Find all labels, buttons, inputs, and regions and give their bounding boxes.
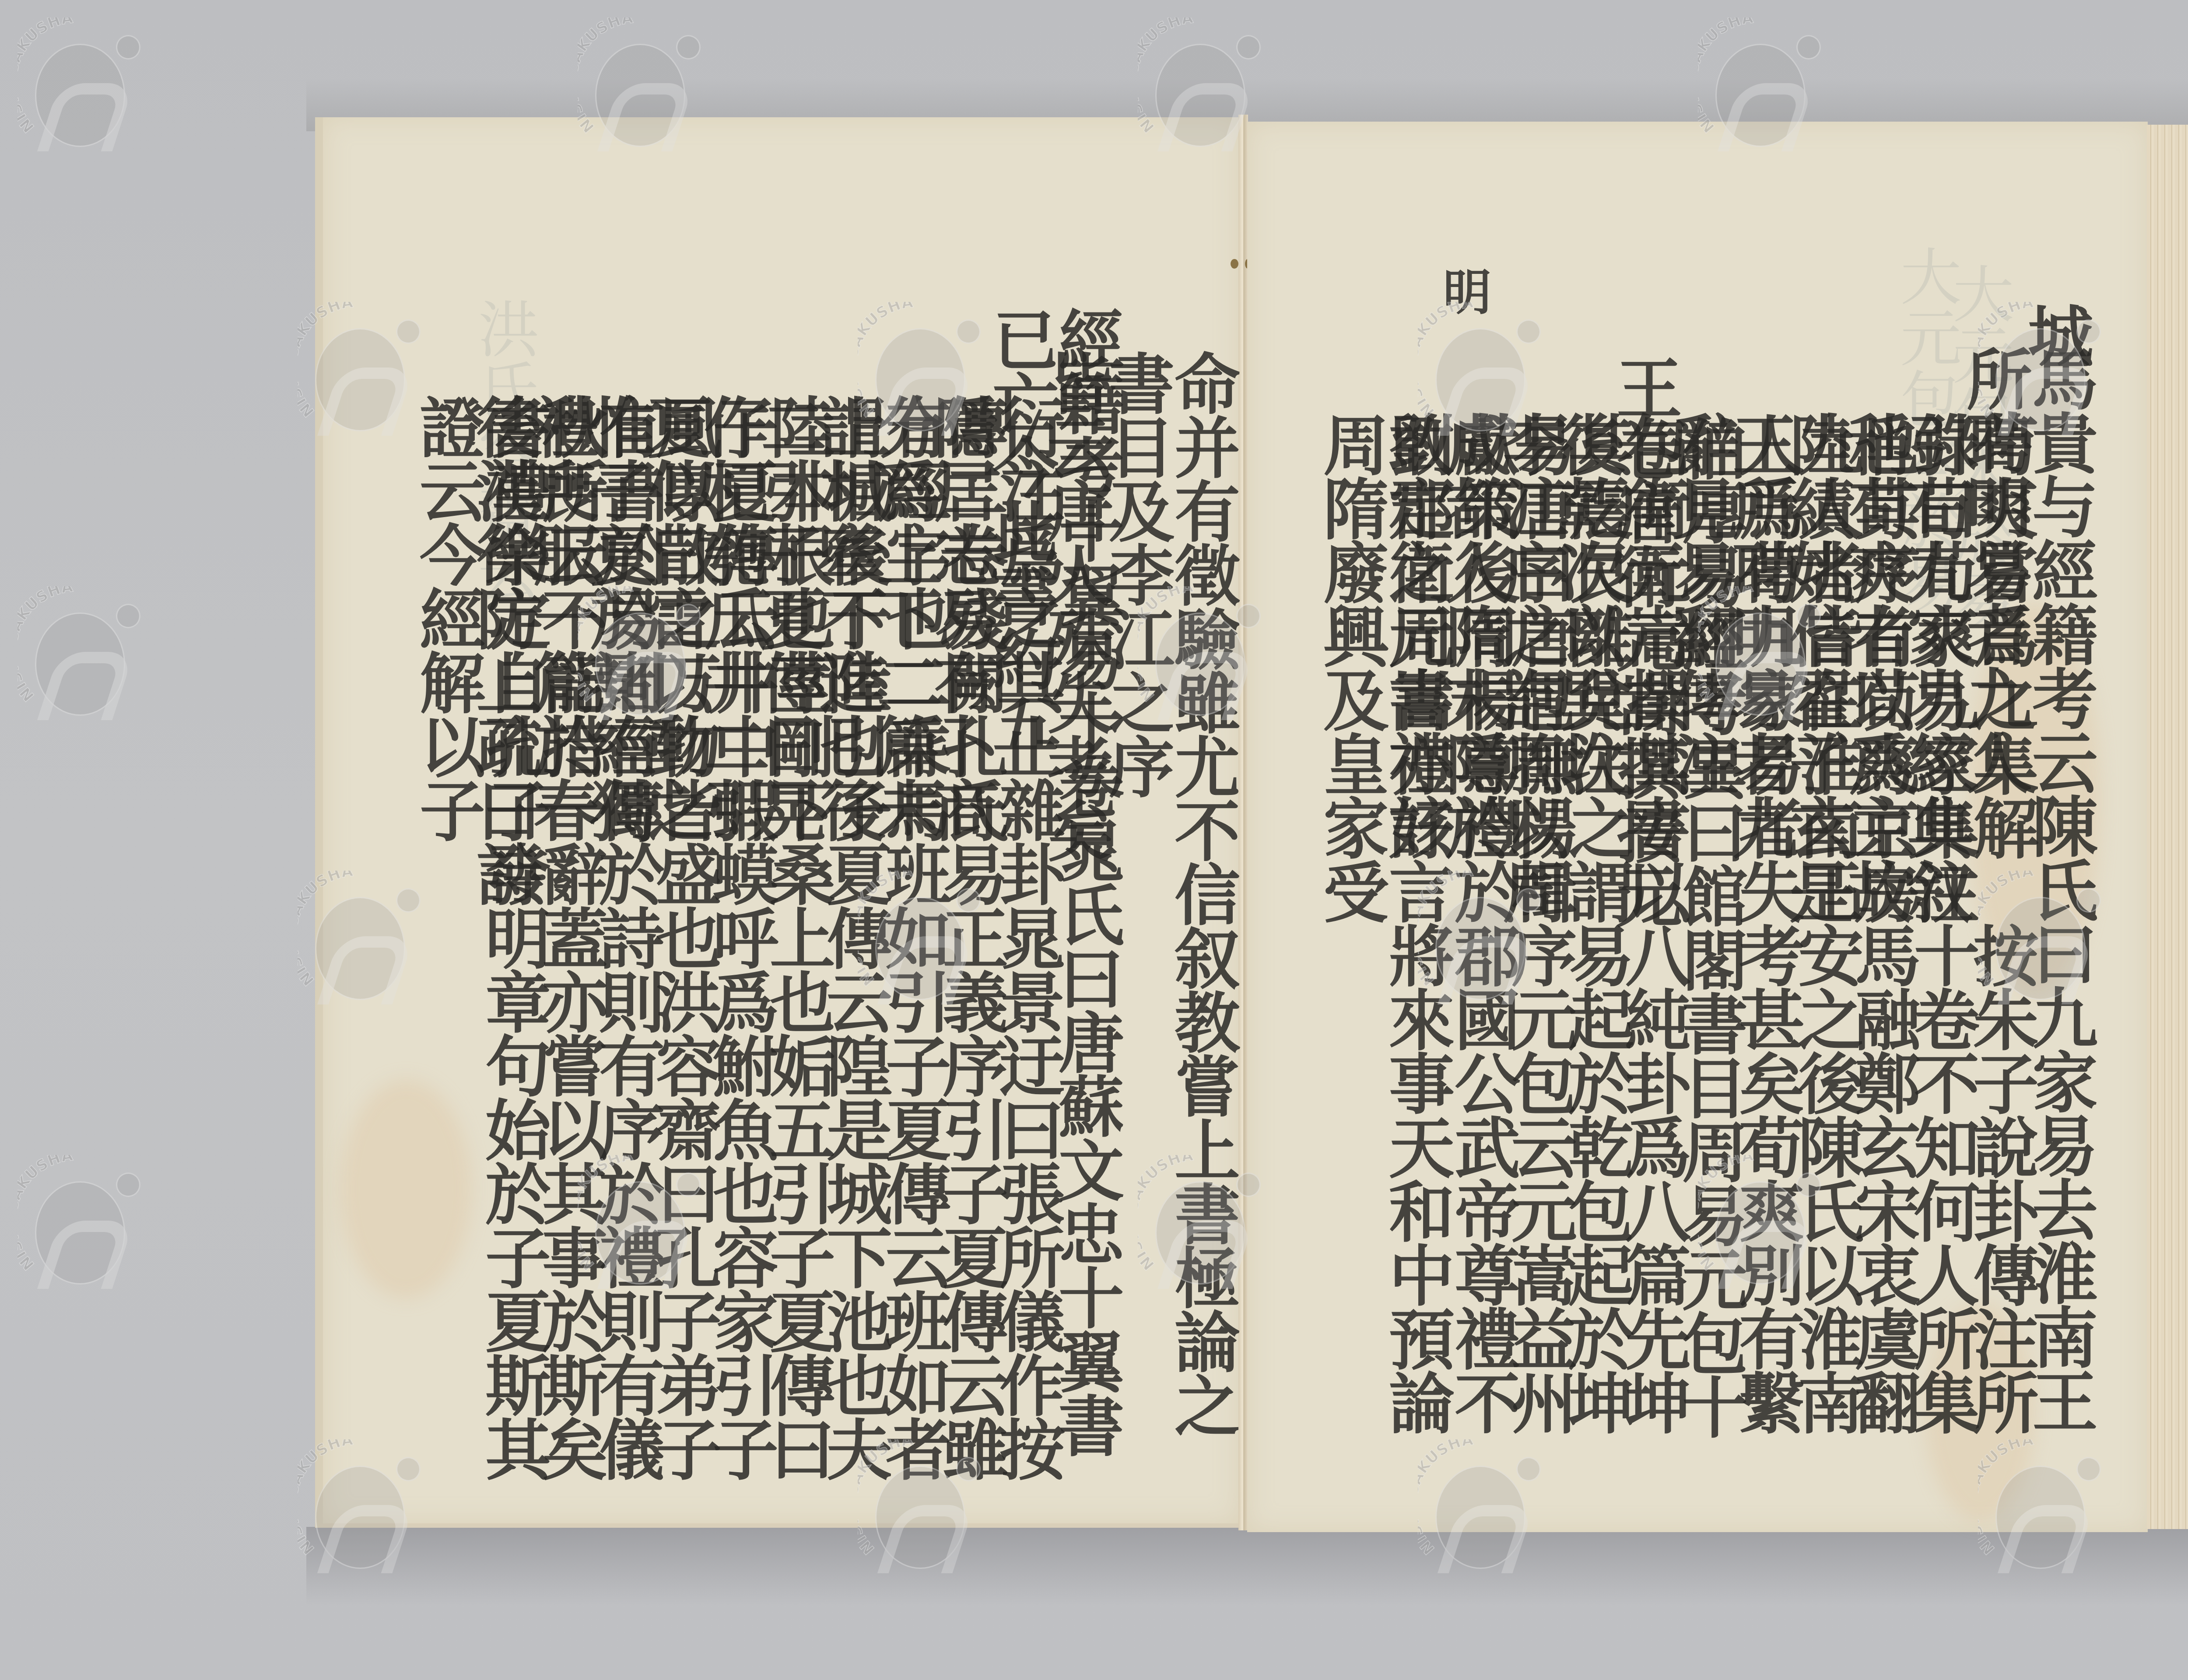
book-gutter	[1238, 115, 1248, 1530]
page-block-edge	[2147, 125, 2188, 1529]
binding-hole	[1231, 259, 1238, 269]
svg-text:NISHOGAKUSHA: NISHOGAKUSHA	[18, 1155, 74, 1274]
text-column: 書禮樂定自孔子發明章句始於子夏斯其證云今經解以子	[414, 394, 545, 1487]
text-column: 王	[1610, 354, 1676, 418]
svg-text:NISHOGAKUSHA: NISHOGAKUSHA	[18, 586, 74, 705]
watermark-logo-icon: NISHOGAKUSHA	[18, 17, 149, 149]
page-header-mark: 明	[1429, 267, 1498, 315]
text-column: 劉郡衛元嵩亦好言將來事天和中預論周隋廢興及皇家受	[1317, 411, 1448, 1461]
book-shadow-bottom	[306, 1527, 2188, 1606]
watermark-logo-icon: NISHOGAKUSHA	[18, 1155, 149, 1286]
svg-text:NISHOGAKUSHA: NISHOGAKUSHA	[18, 17, 74, 136]
watermark-logo-icon: NISHOGAKUSHA	[18, 586, 149, 717]
